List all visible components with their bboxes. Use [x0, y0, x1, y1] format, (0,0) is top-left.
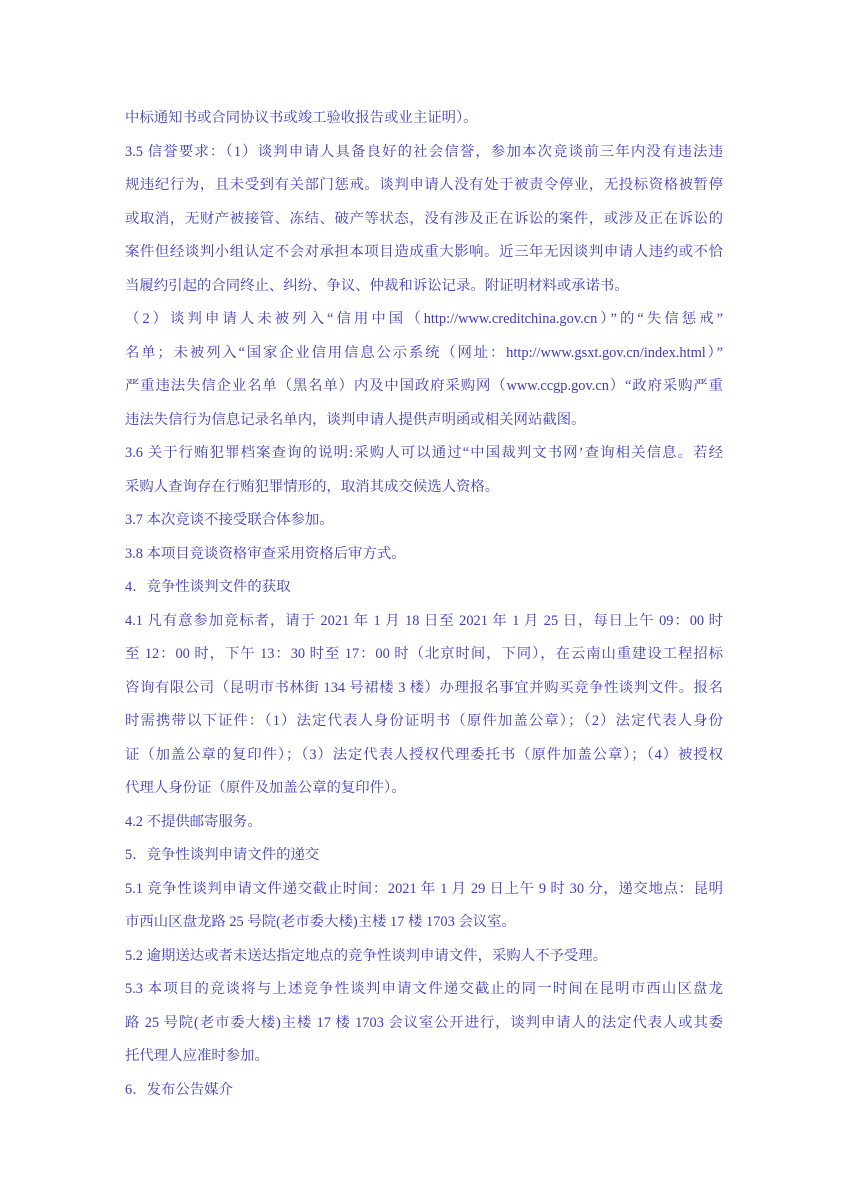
- text-line: 托代理人应准时参加。: [125, 1040, 723, 1074]
- text-line: 3.7 本次竞谈不接受联合体参加。: [125, 504, 723, 538]
- text-line: 5.1 竞争性谈判申请文件递交截止时间：2021 年 1 月 29 日上午 9 …: [125, 873, 723, 907]
- text-line: 3.6 关于行贿犯罪档案查询的说明:采购人可以通过“中国裁判文书网’查询相关信息…: [125, 437, 723, 471]
- text-line: 6．发布公告媒介: [125, 1074, 723, 1108]
- text-line: 咨询有限公司（昆明市书林街 134 号裙楼 3 楼）办理报名事宜并购买竞争性谈判…: [125, 672, 723, 706]
- text-line: （2）谈判申请人未被列入“信用中国（http://www.creditchina…: [125, 303, 723, 337]
- text-line: 3.8 本项目竞谈资格审查采用资格后审方式。: [125, 538, 723, 572]
- text-line: 4.1 凡有意参加竞标者，请于 2021 年 1 月 18 日至 2021 年 …: [125, 605, 723, 639]
- document-content: 中标通知书或合同协议书或竣工验收报告或业主证明）。3.5 信誉要求：（1）谈判申…: [125, 102, 723, 1107]
- text-line: 违法失信行为信息记录名单内，谈判申请人提供声明函或相关网站截图。: [125, 404, 723, 438]
- text-line: 4．竞争性谈判文件的获取: [125, 571, 723, 605]
- document-page: 中标通知书或合同协议书或竣工验收报告或业主证明）。3.5 信誉要求：（1）谈判申…: [0, 0, 849, 1200]
- text-line: 5.3 本项目的竞谈将与上述竞争性谈判申请文件递交截止的同一时间在昆明市西山区盘…: [125, 973, 723, 1007]
- text-line: 路 25 号院(老市委大楼)主楼 17 楼 1703 会议室公开进行，谈判申请人…: [125, 1007, 723, 1041]
- text-line: 市西山区盘龙路 25 号院(老市委大楼)主楼 17 楼 1703 会议室。: [125, 906, 723, 940]
- text-line: 严重违法失信企业名单（黑名单）内及中国政府采购网（www.ccgp.gov.cn…: [125, 370, 723, 404]
- text-line: 当履约引起的合同终止、纠纷、争议、仲裁和诉讼记录。附证明材料或承诺书。: [125, 270, 723, 304]
- text-line: 证（加盖公章的复印件）；（3）法定代表人授权代理委托书（原件加盖公章）；（4）被…: [125, 739, 723, 773]
- text-line: 案件但经谈判小组认定不会对承担本项目造成重大影响。近三年无因谈判申请人违约或不恰: [125, 236, 723, 270]
- text-line: 采购人查询存在行贿犯罪情形的，取消其成交候选人资格。: [125, 471, 723, 505]
- text-line: 代理人身份证（原件及加盖公章的复印件）。: [125, 772, 723, 806]
- text-line: 4.2 不提供邮寄服务。: [125, 806, 723, 840]
- text-line: 5．竞争性谈判申请文件的递交: [125, 839, 723, 873]
- text-line: 5.2 逾期送达或者未送达指定地点的竞争性谈判申请文件，采购人不予受理。: [125, 940, 723, 974]
- text-line: 或取消，无财产被接管、冻结、破产等状态，没有涉及正在诉讼的案件，或涉及正在诉讼的: [125, 203, 723, 237]
- text-line: 规违纪行为，且未受到有关部门惩戒。谈判申请人没有处于被责令停业，无投标资格被暂停: [125, 169, 723, 203]
- text-line: 时需携带以下证件：（1）法定代表人身份证明书（原件加盖公章）；（2）法定代表人身…: [125, 705, 723, 739]
- text-line: 名单；未被列入“国家企业信用信息公示系统（网址：http://www.gsxt.…: [125, 337, 723, 371]
- text-line: 至 12：00 时，下午 13：30 时至 17：00 时（北京时间，下同），在…: [125, 638, 723, 672]
- text-line: 3.5 信誉要求：（1）谈判申请人具备良好的社会信誉，参加本次竞谈前三年内没有违…: [125, 136, 723, 170]
- text-line: 中标通知书或合同协议书或竣工验收报告或业主证明）。: [125, 102, 723, 136]
